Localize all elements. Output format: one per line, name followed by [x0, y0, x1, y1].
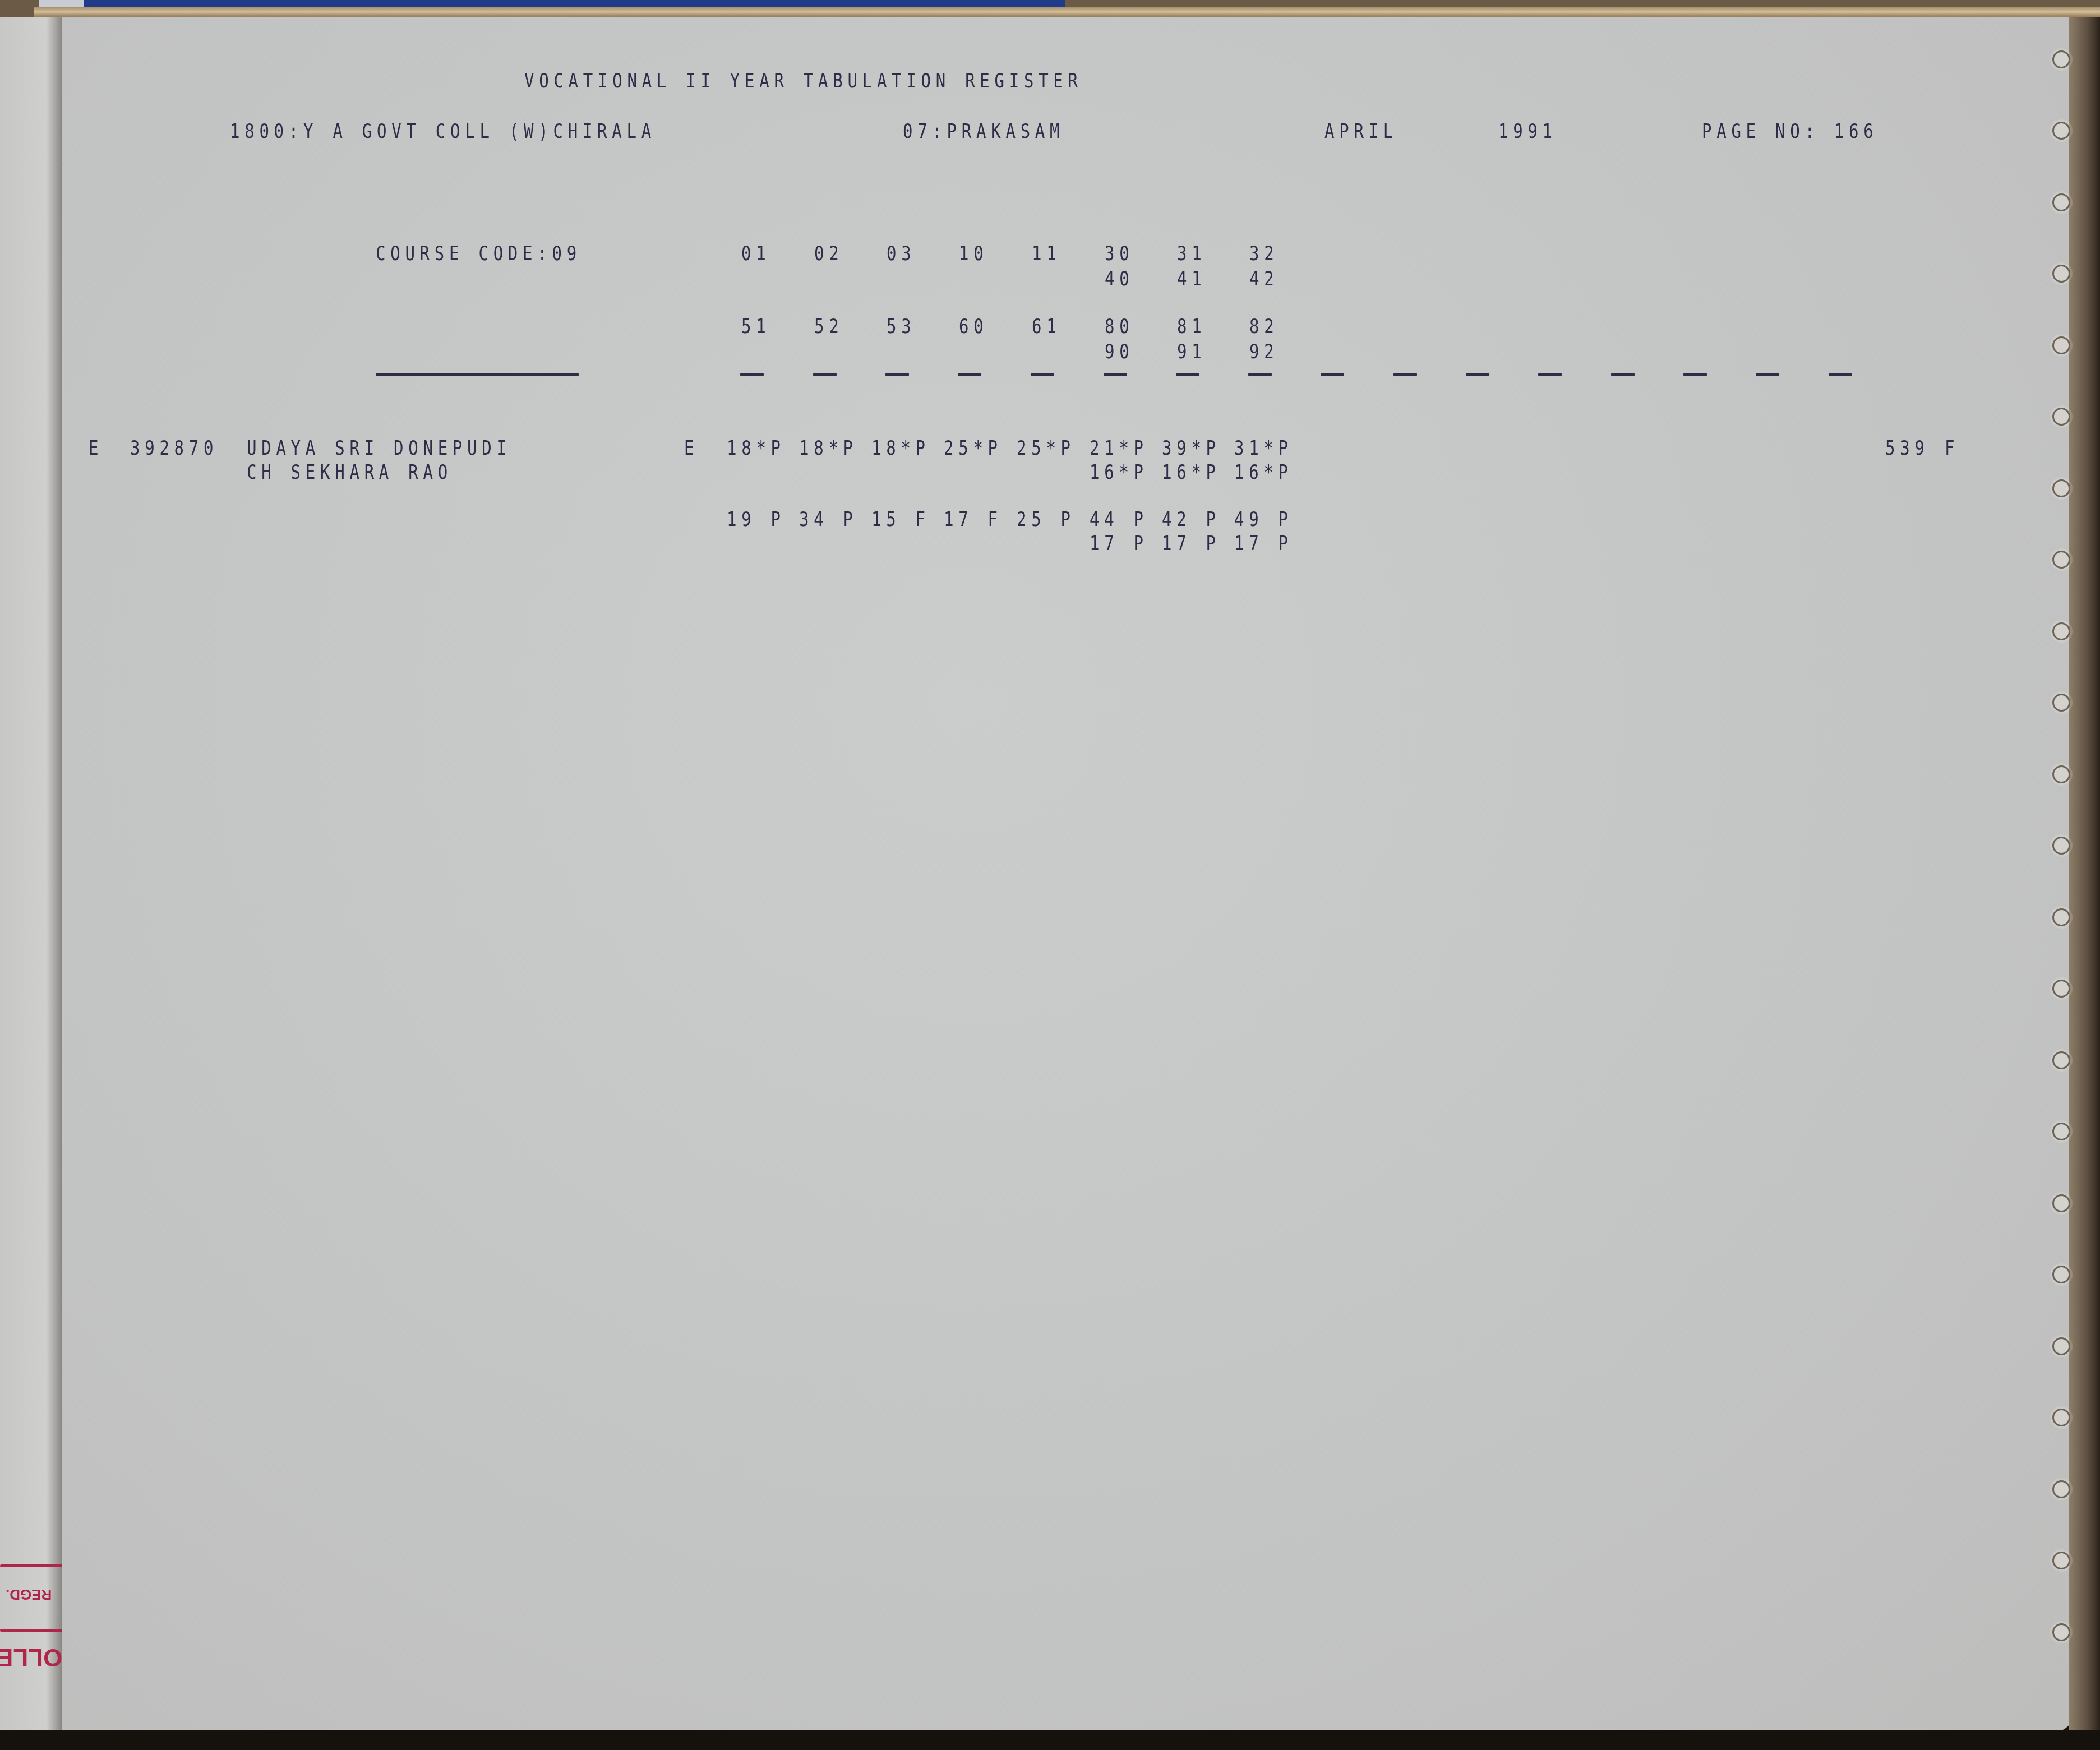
mark-cell: 25*P — [1017, 439, 1076, 459]
separator-dash — [1756, 373, 1779, 376]
feed-hole — [2052, 980, 2070, 998]
bottom-shadow — [0, 1730, 2100, 1750]
subject-code: 03 — [887, 244, 916, 264]
feed-hole — [2052, 122, 2070, 140]
college-name: 1800:Y A GOVT COLL (W)CHIRALA — [230, 122, 656, 142]
feed-hole — [2052, 1194, 2070, 1212]
subject-code: 81 — [1177, 317, 1206, 337]
mark-cell: 34 P — [799, 510, 858, 530]
feed-hole — [2052, 336, 2070, 354]
mark-cell: 16*P — [1162, 463, 1221, 483]
roll-number: 392870 — [130, 439, 218, 459]
binder-stamp: REGD. COLLE — [0, 1564, 62, 1665]
feed-hole — [2052, 1480, 2070, 1498]
mark-cell: 17 P — [1090, 534, 1148, 554]
feed-hole — [2052, 1337, 2070, 1355]
subject-code: 92 — [1249, 343, 1279, 362]
feed-hole — [2052, 908, 2070, 926]
separator-dash — [885, 373, 909, 376]
mark-cell: 18*P — [871, 439, 930, 459]
tractor-feed-holes — [2052, 45, 2086, 1671]
page-number: PAGE NO: 166 — [1702, 122, 1878, 142]
district-name: 07:PRAKASAM — [903, 122, 1064, 142]
separator-dash — [1829, 373, 1852, 376]
feed-hole — [2052, 193, 2070, 211]
mark-cell: 21*P — [1090, 439, 1148, 459]
subject-code: 30 — [1105, 244, 1134, 264]
subject-code: 91 — [1177, 343, 1206, 362]
feed-hole — [2052, 1123, 2070, 1140]
subject-code: 10 — [959, 244, 988, 264]
stamp-regd-text: REGD. — [6, 1586, 52, 1603]
subject-code: 40 — [1105, 270, 1134, 289]
subject-code: 51 — [741, 317, 770, 337]
feed-hole — [2052, 765, 2070, 783]
subject-code: 80 — [1105, 317, 1134, 337]
subject-code: 53 — [887, 317, 916, 337]
feed-hole — [2052, 694, 2070, 712]
separator-dash — [1466, 373, 1489, 376]
feed-hole — [2052, 50, 2070, 68]
subject-code: 31 — [1177, 244, 1206, 264]
mark-cell: 39*P — [1162, 439, 1221, 459]
student-name: UDAYA SRI DONEPUDI — [247, 439, 511, 459]
register-title: VOCATIONAL II YEAR TABULATION REGISTER — [524, 72, 1083, 91]
subject-code: 41 — [1177, 270, 1206, 289]
stamp-line — [0, 1629, 67, 1632]
separator-dash — [1104, 373, 1127, 376]
stamp-line — [0, 1564, 67, 1567]
mark-cell: 17 P — [1234, 534, 1293, 554]
mark-cell: 16*P — [1090, 463, 1148, 483]
feed-hole — [2052, 479, 2070, 497]
separator-dash — [1393, 373, 1417, 376]
mark-cell: 42 P — [1162, 510, 1221, 530]
mark-cell: 25 P — [1017, 510, 1076, 530]
subject-code: 82 — [1249, 317, 1279, 337]
feed-hole — [2052, 408, 2070, 426]
mark-cell: 49 P — [1234, 510, 1293, 530]
separator-line — [376, 373, 579, 376]
separator-dash — [1611, 373, 1635, 376]
mark-cell: 25*P — [944, 439, 1003, 459]
separator-dash — [813, 373, 837, 376]
binder-spine: REGD. COLLE — [0, 17, 66, 1750]
student-category: E — [89, 439, 103, 459]
separator-dash — [1321, 373, 1344, 376]
subject-code: 01 — [741, 244, 770, 264]
mark-cell: 18*P — [799, 439, 858, 459]
medium: E — [684, 439, 699, 459]
mark-cell: 16*P — [1234, 463, 1293, 483]
mark-cell: 15 F — [871, 510, 930, 530]
feed-hole — [2052, 1266, 2070, 1283]
mark-cell: 31*P — [1234, 439, 1293, 459]
separator-dash — [740, 373, 764, 376]
subject-code: 32 — [1249, 244, 1279, 264]
feed-hole — [2052, 1409, 2070, 1426]
feed-hole — [2052, 1552, 2070, 1569]
subject-code: 90 — [1105, 343, 1134, 362]
subject-code: 61 — [1032, 317, 1061, 337]
subject-code: 02 — [814, 244, 843, 264]
separator-dash — [1683, 373, 1707, 376]
mark-cell: 17 F — [944, 510, 1003, 530]
separator-dash — [1538, 373, 1562, 376]
register-page — [62, 17, 2075, 1733]
feed-hole — [2052, 551, 2070, 569]
feed-hole — [2052, 1623, 2070, 1641]
separator-dash — [1248, 373, 1272, 376]
feed-hole — [2052, 1051, 2070, 1069]
separator-dash — [1176, 373, 1199, 376]
mark-cell: 19 P — [727, 510, 786, 530]
separator-dash — [958, 373, 981, 376]
subject-code: 52 — [814, 317, 843, 337]
result-status: F — [1945, 439, 1959, 459]
feed-hole — [2052, 837, 2070, 855]
course-code-label: COURSE CODE:09 — [376, 244, 581, 264]
subject-code: 60 — [959, 317, 988, 337]
exam-month: APRIL — [1324, 122, 1398, 142]
feed-hole — [2052, 265, 2070, 283]
mark-cell: 18*P — [727, 439, 786, 459]
subject-code: 42 — [1249, 270, 1279, 289]
feed-hole — [2052, 622, 2070, 640]
exam-year: 1991 — [1498, 122, 1557, 142]
subject-code: 11 — [1032, 244, 1061, 264]
separator-dash — [1031, 373, 1054, 376]
parent-name: CH SEKHARA RAO — [247, 463, 453, 483]
total-marks: 539 — [1885, 439, 1930, 459]
mark-cell: 17 P — [1162, 534, 1221, 554]
mark-cell: 44 P — [1090, 510, 1148, 530]
